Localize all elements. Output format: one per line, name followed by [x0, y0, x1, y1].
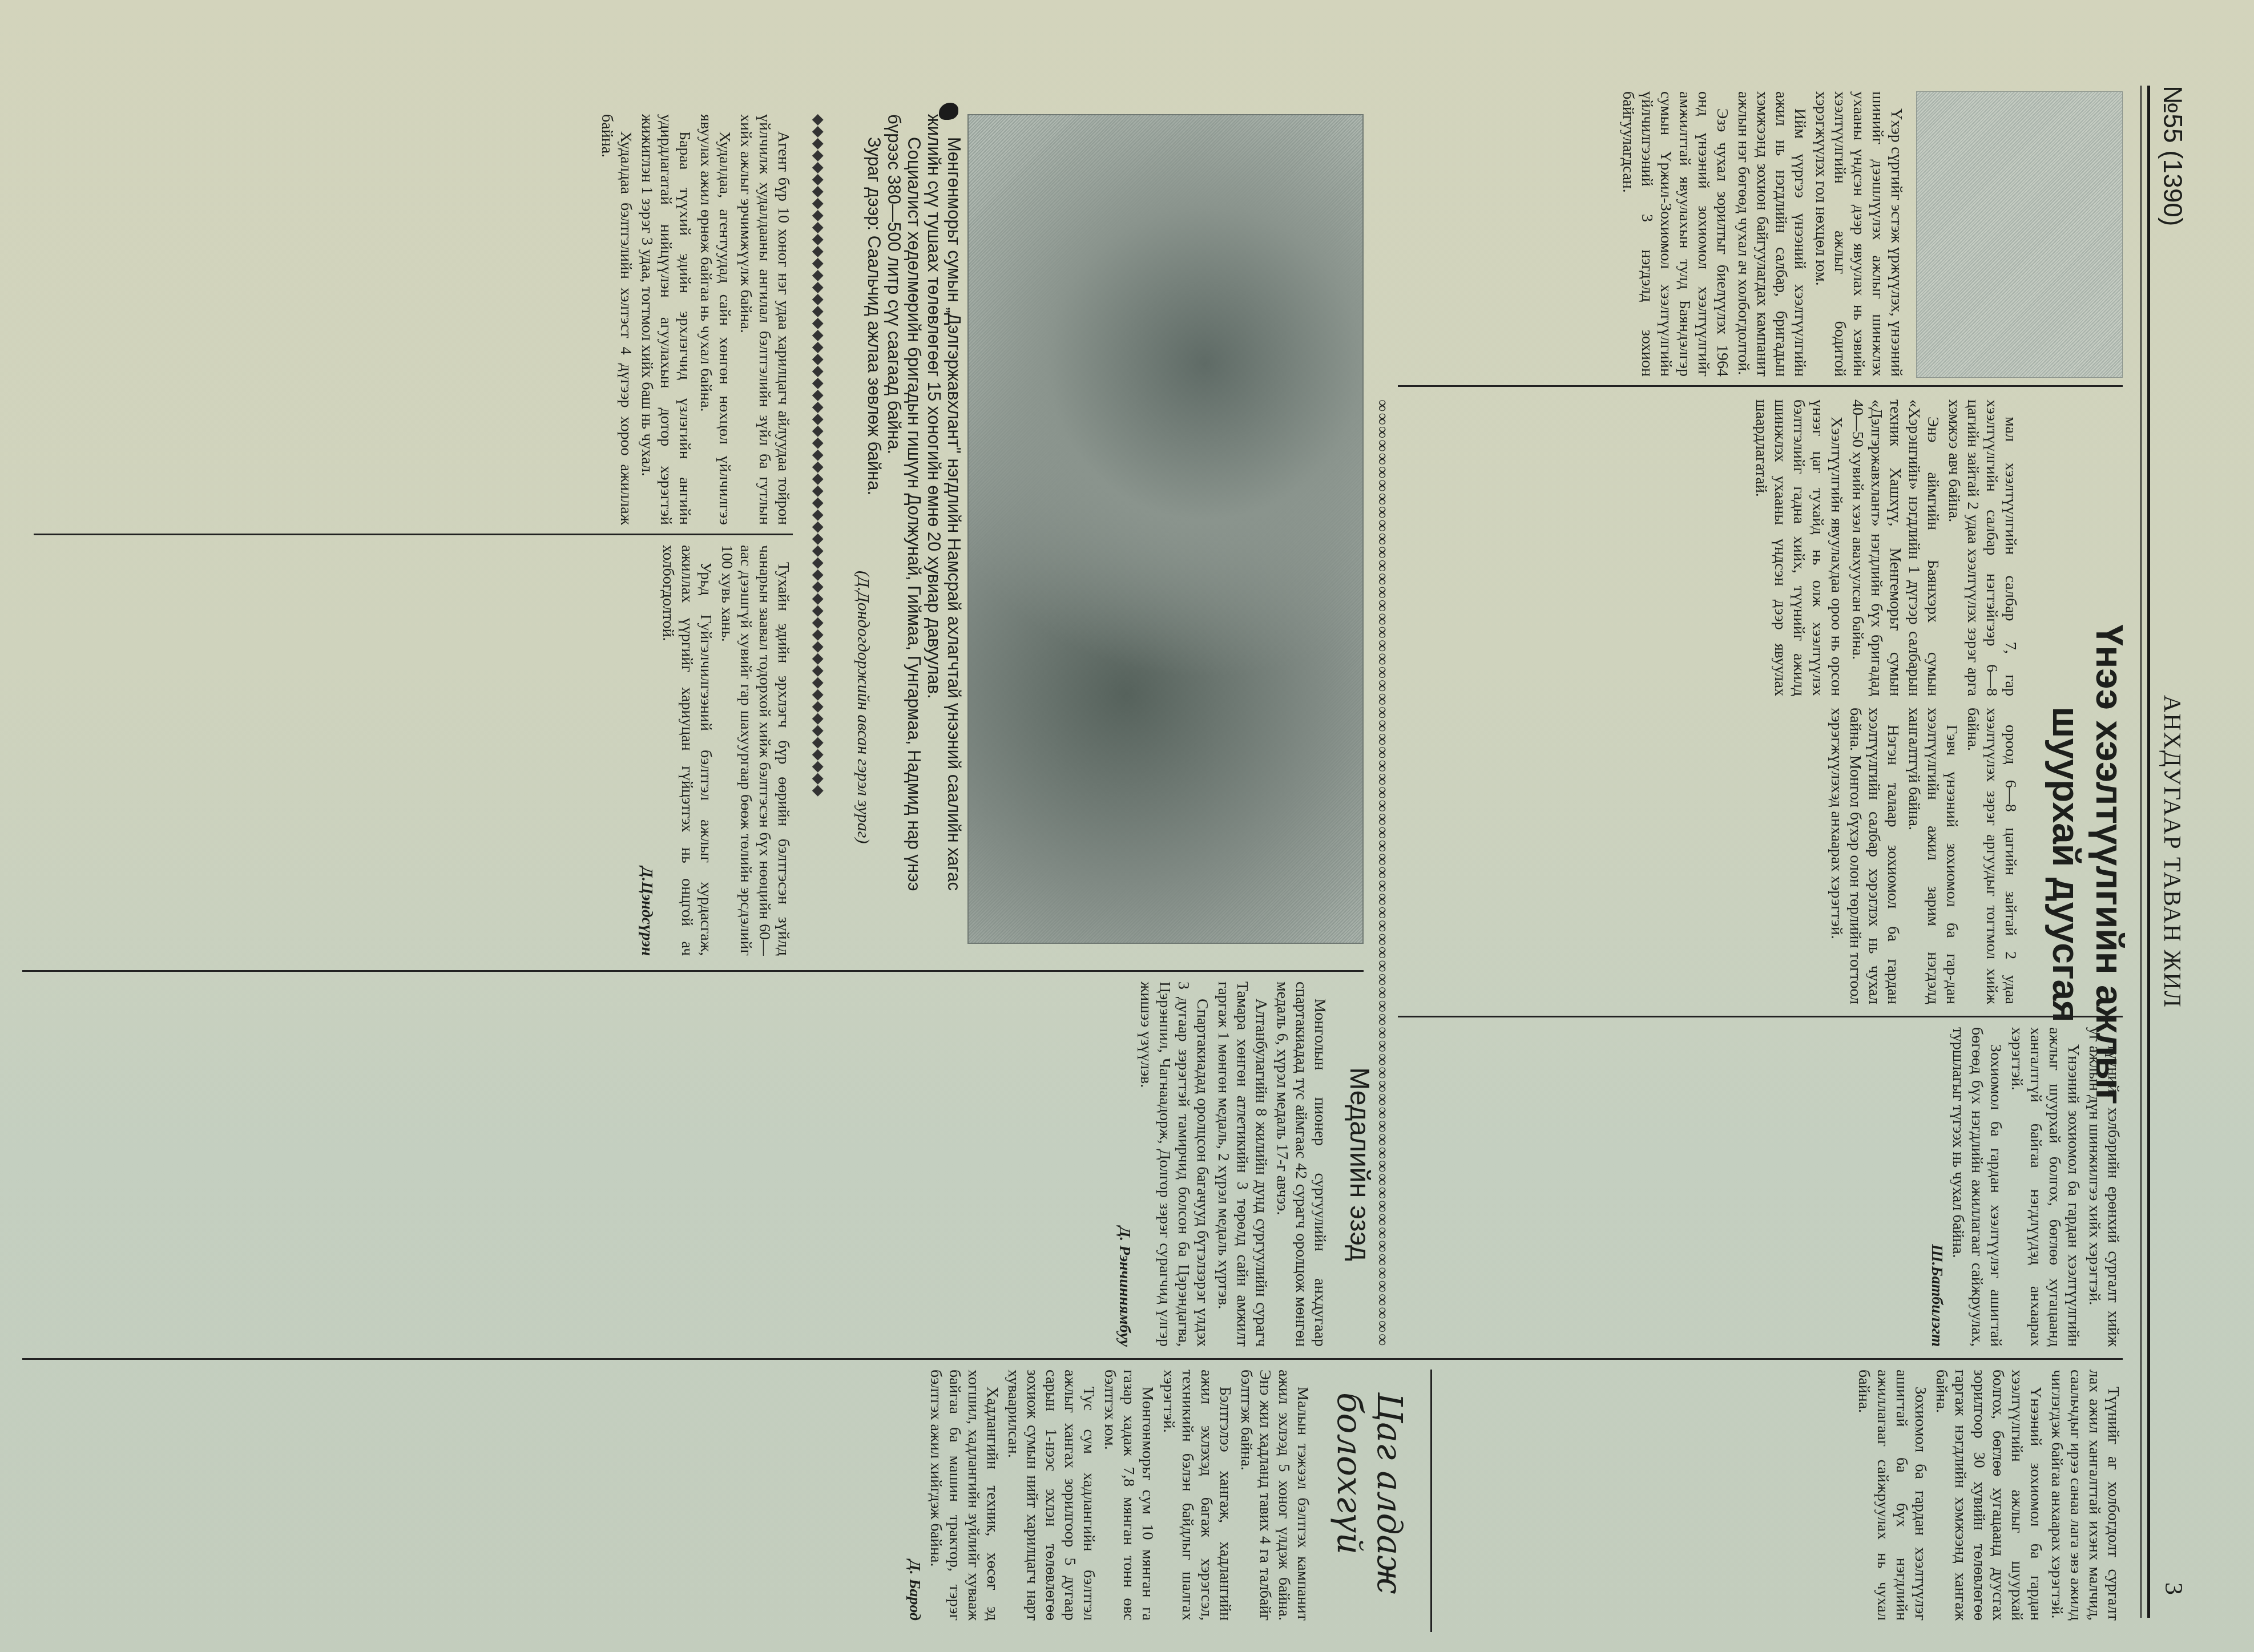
masthead-rule: [2140, 86, 2150, 1618]
agent-article-col1: Агент бүр 10 хоног нэг удаа харилцагч ай…: [34, 114, 793, 525]
agent-article-col2: Тухайн эдийн эрхлэгч бүр өөрийн бэлтгэсэ…: [34, 545, 793, 956]
cattle-illustration: [1916, 91, 2123, 378]
main-article-col1: Үхэр сүргийг эстэж үржүүлэх, үнээний шин…: [1392, 91, 1906, 377]
topright-article: Түүнийг аг холбогдолт сургалт лах ажил х…: [1438, 1370, 2123, 1621]
diamond-divider: ◆◆◆◆◆◆◆◆◆◆◆◆◆◆◆◆◆◆◆◆◆◆◆◆◆◆◆◆◆◆◆◆◆◆◆◆◆◆◆◆…: [810, 114, 827, 959]
main-article-col4: түүнийг хэлбэрийн ерөнхий сургалт хийж у…: [1438, 1027, 2123, 1347]
medals-headline: Медалийн эзэд: [1424, 981, 1455, 1347]
photo-credit: (Д.Дондогдоржийн авсан гэрэл зураг): [853, 571, 873, 843]
decorative-ornament: ∞∞∞∞∞∞∞∞∞∞∞∞∞∞∞∞∞∞∞∞∞∞∞∞∞∞∞∞∞∞∞∞∞∞∞∞∞∞∞∞…: [1373, 399, 1392, 1347]
masthead-title: АНХДУГААР ТАВАН ЖИЛ: [2158, 86, 2186, 1618]
byline-renchinnyambuu: Д. Рэнчиннямбуу: [1115, 981, 1134, 1347]
newspaper-page: №55 (1390) АНХДУГААР ТАВАН ЖИЛ 3 Үхэр сү…: [0, 0, 2254, 1652]
milkmaids-photo: [967, 114, 1364, 944]
page-number: 3: [2159, 1582, 2188, 1595]
time-headline: Цаг алдаж болохгүй: [1329, 1392, 1409, 1594]
photo-caption: Мөнгөнморьт сумын „Дэлгэржавхлант" нэгдл…: [864, 114, 964, 942]
byline-batbileg: Ш.Батбилэгт: [1928, 1027, 1946, 1347]
time-article: Малын тэжээл бэлтгэх кампанит ажил эхлээ…: [85, 1370, 1312, 1621]
byline-barod: Д. Барод: [905, 1370, 924, 1621]
main-article-col3: ороод 6—8 цагийн зайтай 2 удаа хээлтүүлэ…: [1398, 708, 2020, 1004]
medals-article: Монголын пионер сургуулийн анхдугаар спа…: [74, 981, 1329, 1347]
main-article-col2: мал хээлтүүлгийн салбар 7, гар хээлтүүлг…: [1398, 399, 2020, 696]
masthead: №55 (1390) АНХДУГААР ТАВАН ЖИЛ 3: [2154, 86, 2200, 1618]
byline-tsendsuren: Д.Цэндсүрэн: [638, 545, 656, 956]
